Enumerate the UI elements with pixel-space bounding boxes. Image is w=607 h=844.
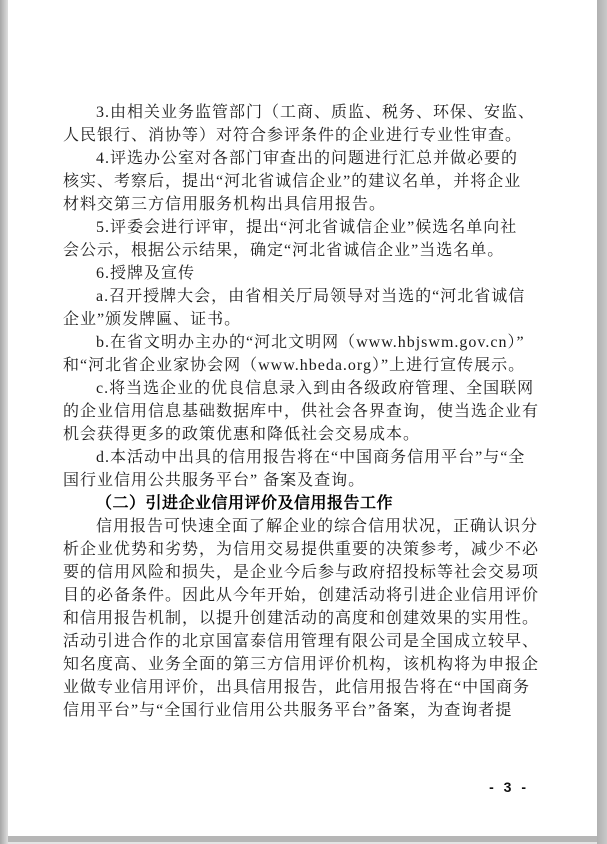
document-body: 3.由相关业务监管部门（工商、质监、税务、环保、安监、人民银行、消协等）对符合参… — [63, 101, 547, 722]
document-page: 3.由相关业务监管部门（工商、质监、税务、环保、安监、人民银行、消协等）对符合参… — [8, 0, 597, 836]
text-line: 企业”颁发牌匾、证书。 — [63, 308, 547, 331]
text-line: c.将当选企业的优良信息录入到由各级政府管理、全国联网 — [63, 377, 547, 400]
text-line: 机会获得更多的政策优惠和降低社会交易成本。 — [63, 423, 547, 446]
text-line: 4.评选办公室对各部门审查出的问题进行汇总并做必要的 — [63, 147, 547, 170]
text-line: 会公示，根据公示结果，确定“河北省诚信企业”当选名单。 — [63, 239, 547, 262]
text-line: 和“河北省企业家协会网（www.hbeda.org）”上进行宣传展示。 — [63, 354, 547, 377]
text-line: 人民银行、消协等）对符合参评条件的企业进行专业性审查。 — [63, 124, 547, 147]
text-line: 3.由相关业务监管部门（工商、质监、税务、环保、安监、 — [63, 101, 547, 124]
section-heading: （二）引进企业信用评价及信用报告工作 — [63, 492, 547, 515]
page-left-shadow — [0, 0, 8, 844]
text-line: 活动引进合作的北京国富泰信用管理有限公司是全国成立较早、 — [63, 630, 547, 653]
text-line: 析企业优势和劣势，为信用交易提供重要的决策参考，减少不必 — [63, 538, 547, 561]
text-line: 6.授牌及宣传 — [63, 262, 547, 285]
text-line: 信用平台”与“全国行业信用公共服务平台”备案，为查询者提 — [63, 699, 547, 722]
text-line: 业做专业信用评价，出具信用报告，此信用报告将在“中国商务 — [63, 676, 547, 699]
text-line: 目的必备条件。因此从今年开始，创建活动将引进企业信用评价 — [63, 584, 547, 607]
page-right-shadow — [597, 0, 607, 844]
text-line: b.在省文明办主办的“河北文明网（www.hbjswm.gov.cn）” — [63, 331, 547, 354]
text-line: 信用报告可快速全面了解企业的综合信用状况，正确认识分 — [63, 515, 547, 538]
viewer-background: { "document": { "lines": [ { "text": "3.… — [0, 0, 607, 844]
text-line: 材料交第三方信用服务机构出具信用报告。 — [63, 193, 547, 216]
page-number: - 3 - — [489, 779, 529, 795]
text-line: 和信用报告机制，以提升创建活动的高度和创建效果的实用性。 — [63, 607, 547, 630]
text-line: 知名度高、业务全面的第三方信用评价机构，该机构将为申报企 — [63, 653, 547, 676]
text-line: 的企业信用信息基础数据库中，供社会各界查询，使当选企业有 — [63, 400, 547, 423]
text-line: 国行业信用公共服务平台” 备案及查询。 — [63, 469, 547, 492]
text-line: a.召开授牌大会，由省相关厅局领导对当选的“河北省诚信 — [63, 285, 547, 308]
text-line: 核实、考察后，提出“河北省诚信企业”的建议名单，并将企业 — [63, 170, 547, 193]
text-line: 要的信用风险和损失，是企业今后参与政府招投标等社会交易项 — [63, 561, 547, 584]
text-line: d.本活动中出具的信用报告将在“中国商务信用平台”与“全 — [63, 446, 547, 469]
text-line: 5.评委会进行评审，提出“河北省诚信企业”候选名单向社 — [63, 216, 547, 239]
